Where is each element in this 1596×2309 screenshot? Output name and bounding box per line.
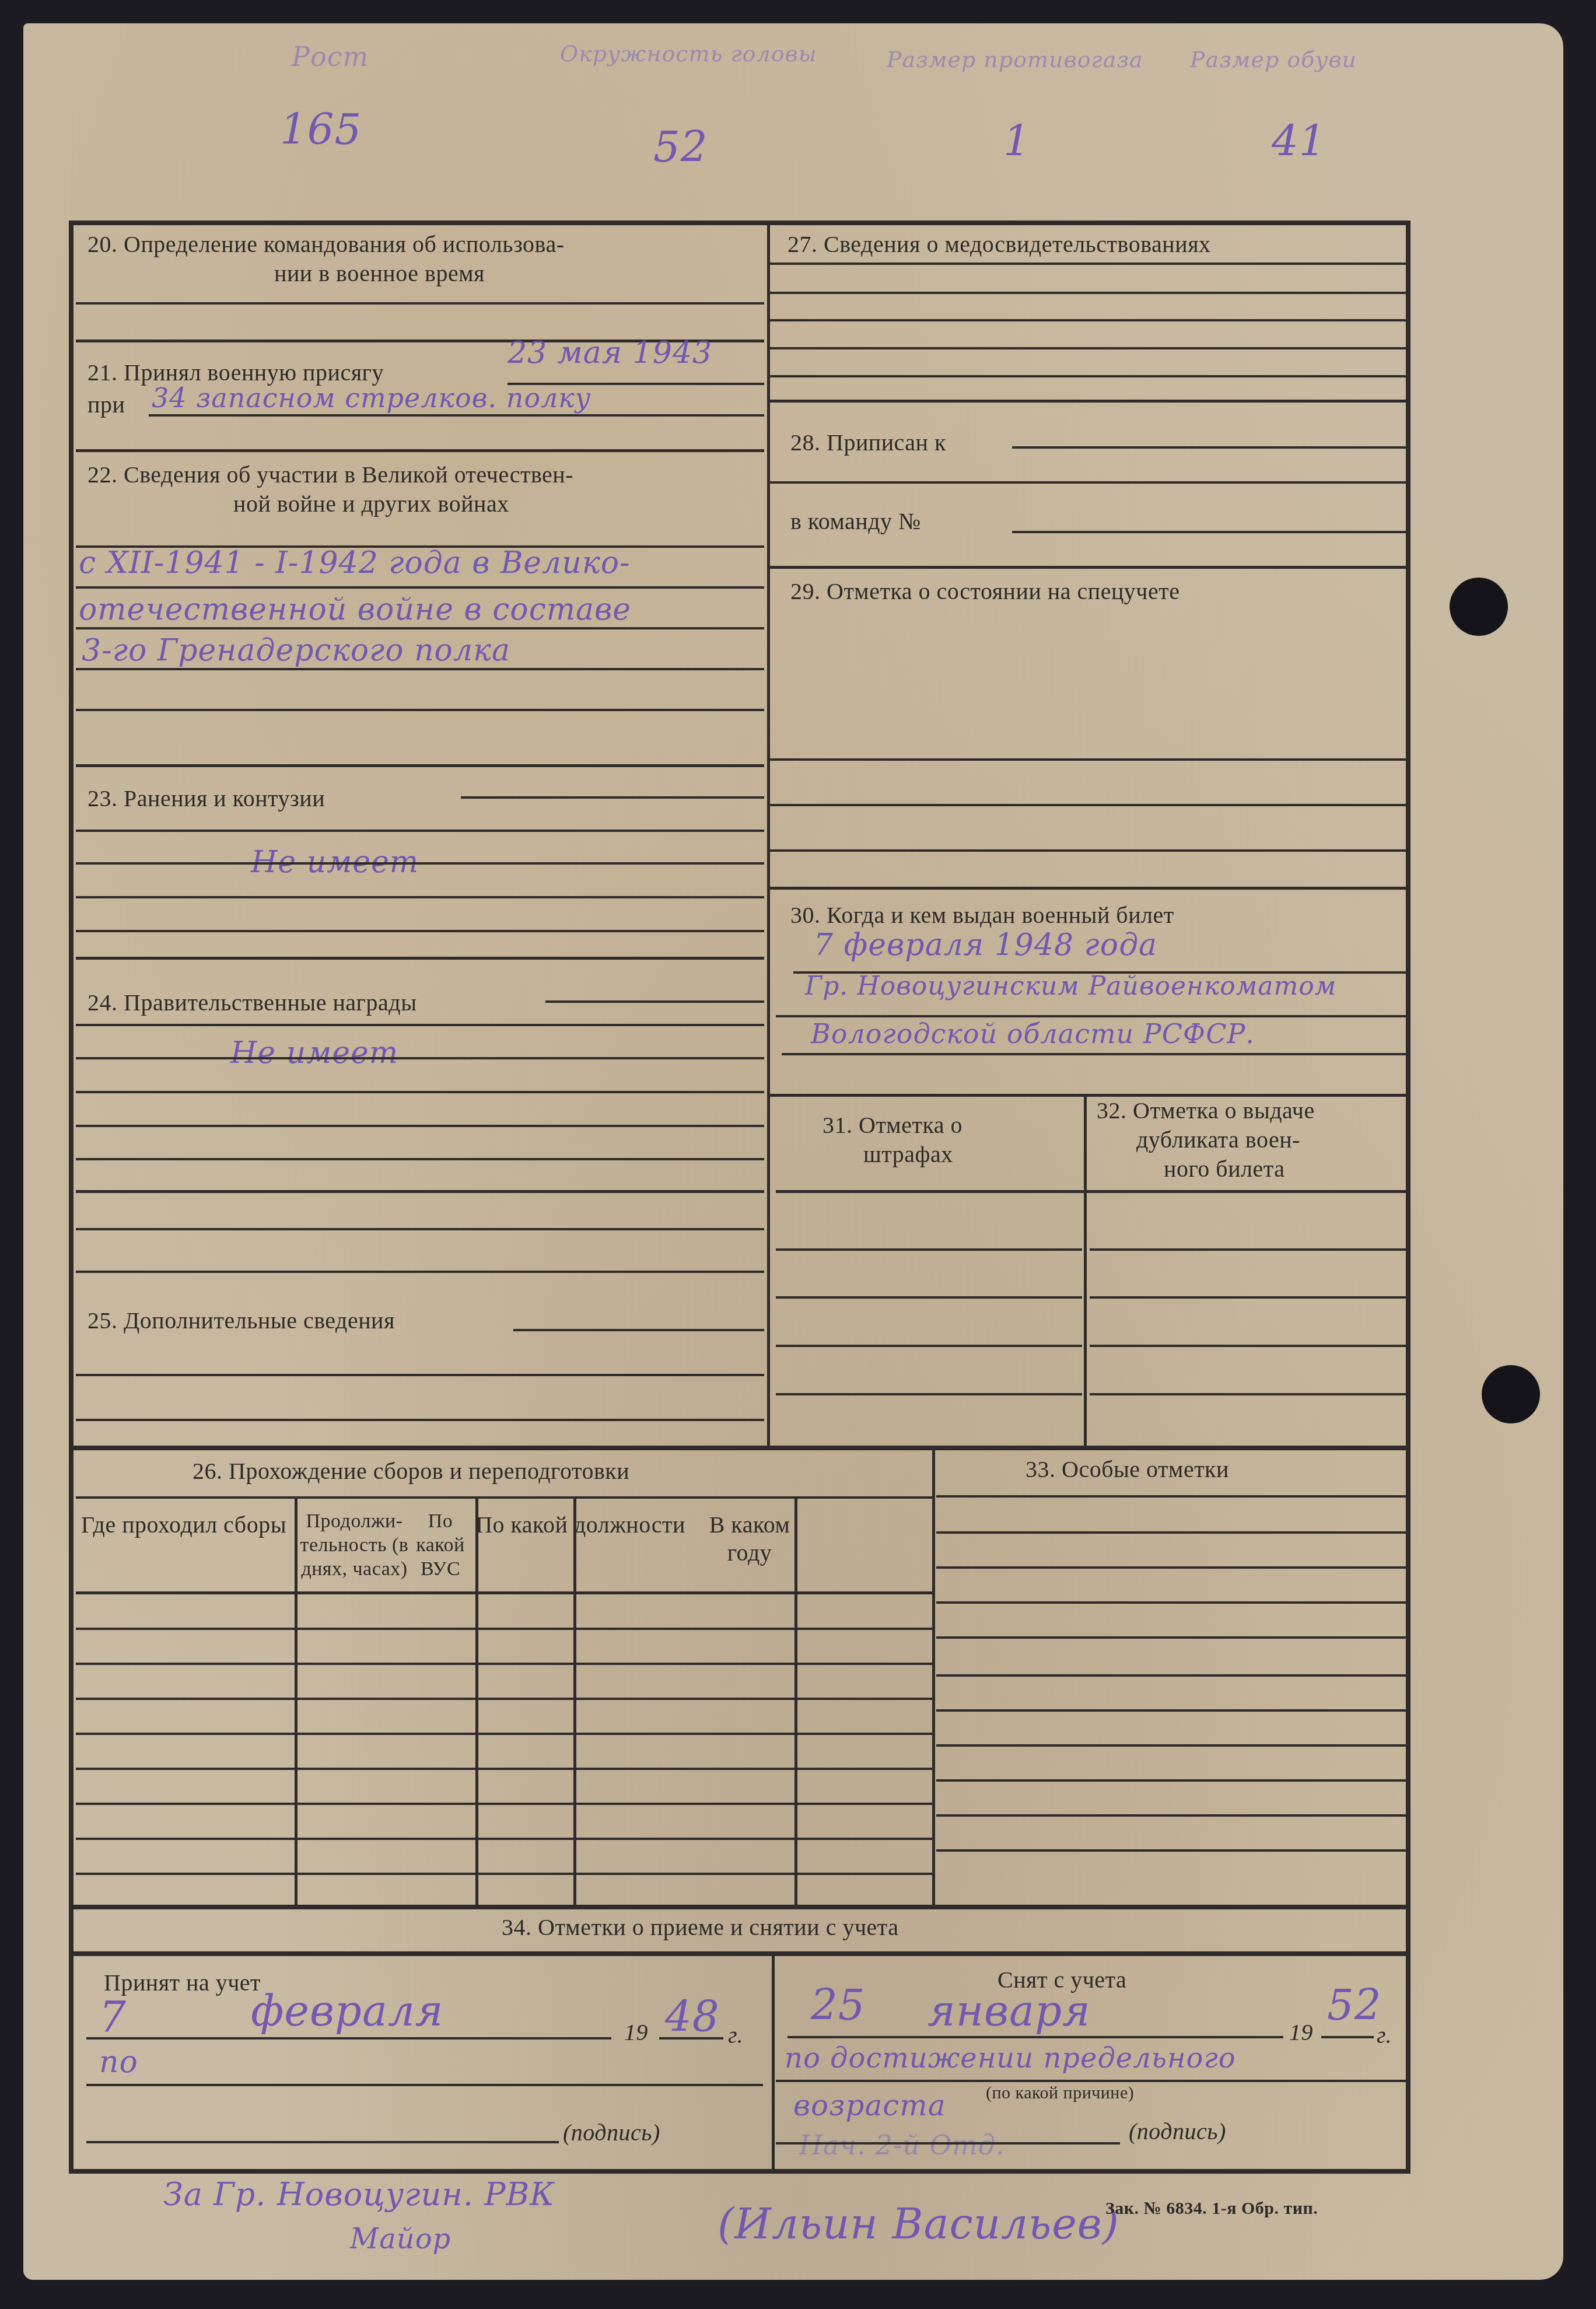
accepted-by[interactable]: по	[99, 2045, 138, 2080]
removed-day[interactable]: 25	[811, 1981, 866, 2030]
section-21-pri: при	[87, 391, 125, 419]
accepted-year-suffix: г.	[728, 2021, 743, 2049]
ruled-line	[76, 627, 764, 629]
footer-signature-office: За Гр. Новоцугин. РВК	[163, 2176, 555, 2213]
accepted-month[interactable]: февраля	[251, 1986, 443, 2035]
col-header-vus: По какой ВУС	[411, 1510, 470, 1581]
removed-reason-line-1[interactable]: по достижении предельного	[785, 2042, 1236, 2074]
table-col-divider	[573, 1498, 576, 1906]
ruled-line	[776, 1393, 1082, 1395]
section-divider	[69, 1905, 1410, 1909]
note-shoe-label: Размер обуви	[1190, 47, 1357, 72]
removed-reason-line-2[interactable]: возраста	[793, 2088, 946, 2122]
ruled-line	[76, 1057, 764, 1059]
ruled-line	[513, 1329, 764, 1331]
table-row-line	[76, 1838, 932, 1840]
frame-bottom	[69, 2169, 1410, 2174]
ruled-line	[770, 375, 1406, 377]
ruled-line	[776, 1248, 1082, 1251]
section-divider	[770, 887, 1406, 890]
table-header-divider	[76, 1591, 932, 1594]
table-row-line	[76, 1768, 932, 1770]
section-32-title: 32. Отметка о выдаче	[1097, 1097, 1315, 1125]
note-height-value: 165	[280, 105, 362, 154]
ruled-line	[76, 1419, 764, 1421]
war-participation-line-1[interactable]: с XII-1941 - I-1942 года в Велико-	[79, 545, 631, 580]
removed-reason-label: (по какой причине)	[986, 2083, 1134, 2104]
ruled-line	[76, 1091, 764, 1093]
section-31-title-cont: штрафах	[863, 1140, 953, 1169]
frame-right	[1406, 221, 1410, 2169]
ruled-line	[770, 849, 1406, 852]
ruled-line	[770, 481, 1406, 484]
ruled-line	[936, 1601, 1406, 1604]
section-divider	[776, 1190, 1406, 1193]
section-23-label: 23. Ранения и контузии	[87, 785, 325, 813]
ruled-line	[936, 1531, 1406, 1534]
section-divider	[76, 957, 764, 960]
section-27-label: 27. Сведения о медосвидетельствованиях	[787, 230, 1211, 258]
ruled-line	[936, 1709, 1406, 1712]
ruled-line	[545, 1000, 764, 1003]
signature-line	[776, 2142, 1120, 2144]
column-divider-26-33	[932, 1446, 935, 1906]
oath-unit[interactable]: 34 запасном стрелков. полку	[152, 382, 591, 414]
ruled-line	[770, 319, 1406, 321]
ruled-line	[770, 263, 1406, 265]
note-head-label: Окружность головы	[560, 41, 817, 67]
ruled-line	[76, 830, 764, 832]
ruled-line	[770, 758, 1406, 761]
section-25-label: 25. Дополнительные сведения	[87, 1307, 395, 1335]
removed-month[interactable]: января	[928, 1986, 1091, 2035]
ruled-line	[936, 1674, 1406, 1677]
punch-hole-top	[1450, 578, 1508, 636]
table-row-line	[76, 1698, 932, 1700]
section-32-title-cont2: ного билета	[1164, 1155, 1285, 1183]
ruled-line	[1090, 1345, 1406, 1347]
date-line	[86, 2037, 611, 2039]
removed-year-suffix: г.	[1377, 2021, 1392, 2049]
table-row-line	[76, 1663, 932, 1665]
ruled-line	[936, 1779, 1406, 1782]
section-31-title: 31. Отметка о	[822, 1111, 963, 1139]
ruled-line	[76, 1158, 764, 1160]
section-26-title: 26. Прохождение сборов и переподготовки	[192, 1457, 629, 1485]
table-col-divider	[295, 1498, 297, 1906]
table-row-line	[76, 1873, 932, 1875]
table-col-divider	[475, 1498, 478, 1906]
ruled-line	[76, 586, 764, 589]
removed-signature-label: (подпись)	[1129, 2118, 1226, 2146]
footer-signature-name: (Ильин Васильев)	[717, 2199, 1119, 2248]
column-divider-31-32	[1084, 1094, 1087, 1447]
section-29-label: 29. Отметка о состоянии на спецучете	[790, 578, 1179, 606]
ruled-line	[1012, 531, 1406, 533]
accepted-label: Принят на учет	[104, 1969, 261, 1997]
ruled-line	[76, 930, 764, 932]
col-header-position: По какой должности	[475, 1511, 685, 1539]
awards-value[interactable]: Не имеет	[230, 1035, 398, 1070]
date-line	[659, 2037, 723, 2039]
note-shoe-value: 41	[1272, 117, 1326, 166]
note-gasmask-value: 1	[1003, 117, 1031, 166]
section-32-title-cont: дубликата воен-	[1136, 1126, 1300, 1154]
section-divider	[76, 764, 764, 767]
war-participation-line-2[interactable]: отечественной войне в составе	[79, 592, 631, 627]
removed-year-prefix: 19	[1289, 2018, 1313, 2046]
ruled-line	[770, 347, 1406, 349]
note-gasmask-label: Размер противогаза	[887, 47, 1143, 72]
ruled-line	[776, 1345, 1082, 1347]
ruled-line	[76, 1228, 764, 1230]
section-divider	[76, 1190, 764, 1193]
oath-date[interactable]: 23 мая 1943	[508, 335, 712, 370]
ruled-line	[76, 896, 764, 898]
ruled-line	[936, 1814, 1406, 1817]
ruled-line	[76, 1125, 764, 1127]
frame-top	[69, 221, 1410, 225]
ruled-line	[1090, 1296, 1406, 1299]
ruled-line	[1090, 1248, 1406, 1251]
ruled-line	[776, 1015, 1406, 1017]
section-20-line	[76, 302, 764, 305]
ruled-line	[76, 1024, 764, 1026]
military-id-issue-line-3[interactable]: Вологодской области РСФСР.	[811, 1018, 1255, 1049]
col-header-duration: Продолжи-тельность (в днях, часах)	[295, 1510, 414, 1581]
ruled-line	[782, 1053, 1406, 1055]
ruled-line	[86, 2084, 763, 2086]
ruled-line	[936, 1744, 1406, 1747]
footer-signature-rank: Майор	[350, 2223, 451, 2255]
column-divider	[767, 221, 770, 1447]
ruled-line	[76, 709, 764, 711]
ruled-line	[770, 804, 1406, 806]
oath-unit-line	[149, 414, 764, 417]
ruled-line	[76, 862, 764, 865]
section-30-label: 30. Когда и кем выдан военный билет	[790, 901, 1174, 929]
ruled-line	[1012, 446, 1406, 449]
war-participation-line-3[interactable]: 3-го Гренадерского полка	[82, 633, 510, 668]
accepted-day[interactable]: 7	[99, 1992, 127, 2041]
ruled-line	[936, 1495, 1406, 1498]
section-divider	[770, 400, 1406, 403]
ruled-line	[776, 1296, 1082, 1299]
section-divider	[76, 449, 764, 452]
section-34-title: 34. Отметки о приеме и снятии с учета	[502, 1913, 899, 1941]
section-22-title: 22. Сведения об участии в Великой отечес…	[87, 461, 573, 489]
col-header-where: Где проходил сборы	[73, 1511, 295, 1539]
ruled-line	[1090, 1393, 1406, 1395]
section-28-team-label: в команду №	[790, 508, 921, 536]
print-mark: Зак. № 6834. 1-я Обр. тип.	[1105, 2198, 1318, 2219]
ruled-line	[770, 292, 1406, 294]
date-line	[787, 2036, 1283, 2038]
reason-line	[776, 2080, 1406, 2082]
section-33-label: 33. Особые отметки	[1025, 1456, 1229, 1484]
table-row-line	[76, 1733, 932, 1735]
ruled-line	[936, 1636, 1406, 1639]
note-height-label: Рост	[292, 41, 369, 72]
training-table: Где проходил сборы Продолжи-тельность (в…	[73, 1498, 932, 1906]
table-row-line	[76, 1803, 932, 1805]
ruled-line	[76, 1374, 764, 1376]
note-head-value: 52	[653, 123, 708, 172]
signature-line	[86, 2141, 559, 2143]
date-line	[1321, 2036, 1374, 2038]
ruled-line	[76, 1271, 764, 1273]
accepted-signature-label: (подпись)	[563, 2119, 660, 2147]
table-row-line	[76, 1628, 932, 1630]
section-divider	[69, 1951, 1410, 1956]
ruled-line	[936, 1849, 1406, 1852]
ruled-line	[936, 1566, 1406, 1569]
section-22-title-cont: ной войне и других войнах	[233, 490, 509, 518]
accepted-year[interactable]: 48	[665, 1992, 720, 2041]
column-divider-34	[772, 1951, 775, 2169]
section-24-label: 24. Правительственные награды	[87, 989, 417, 1017]
section-28-label: 28. Приписан к	[790, 429, 946, 457]
section-divider	[69, 1446, 1410, 1450]
punch-hole-bottom	[1482, 1365, 1540, 1423]
military-id-issue-line-1[interactable]: 7 февраля 1948 года	[814, 928, 1157, 963]
accepted-year-prefix: 19	[624, 2018, 648, 2046]
ruled-line	[76, 668, 764, 670]
military-id-issue-line-2[interactable]: Гр. Новоцугинским Райвоенкоматом	[805, 971, 1336, 1001]
removed-year[interactable]: 52	[1327, 1981, 1382, 2030]
table-col-divider	[794, 1498, 797, 1906]
section-20-title-cont: нии в военное время	[274, 260, 485, 288]
section-divider	[770, 566, 1406, 569]
ruled-line	[461, 796, 764, 799]
removed-signature[interactable]: Нач. 2-й Отд.	[799, 2129, 1005, 2161]
section-20-title: 20. Определение командования об использо…	[87, 230, 565, 258]
